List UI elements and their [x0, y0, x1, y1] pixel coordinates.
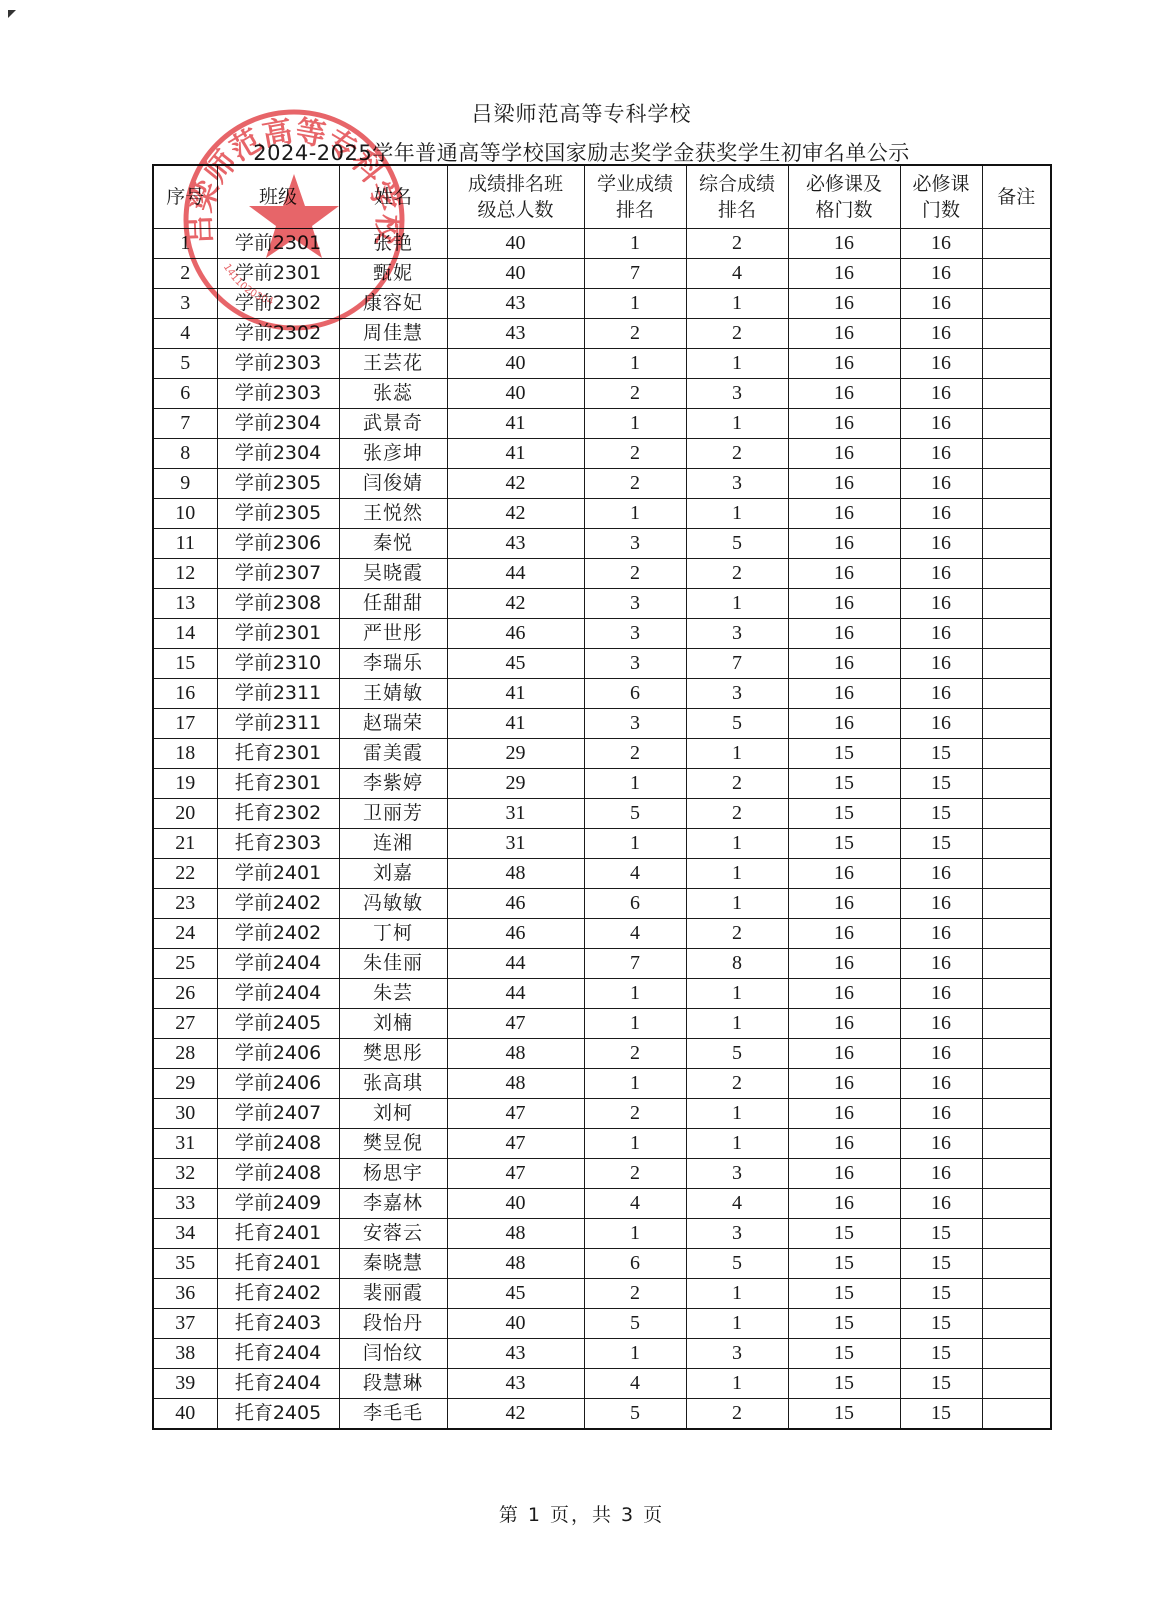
cell-col-class: 学前2303 [217, 349, 339, 379]
cell-col-class: 学前2302 [217, 319, 339, 349]
cell-col-class: 学前2308 [217, 589, 339, 619]
table-body: 1学前2301张艳401216162学前2301甄妮407416163学前230… [153, 229, 1051, 1430]
cell-col-required-courses: 15 [900, 829, 982, 859]
cell-col-required-courses: 16 [900, 589, 982, 619]
cell-col-class: 托育2302 [217, 799, 339, 829]
cell-col-name: 段怡丹 [339, 1309, 447, 1339]
cell-col-overall-rank: 1 [686, 739, 788, 769]
cell-col-index: 9 [153, 469, 217, 499]
cell-col-class-size: 29 [447, 769, 584, 799]
cell-col-class-size: 40 [447, 379, 584, 409]
cell-col-required-courses: 16 [900, 469, 982, 499]
cell-col-name: 冯敏敏 [339, 889, 447, 919]
cell-col-class-size: 47 [447, 1129, 584, 1159]
cell-col-academic-rank: 2 [584, 559, 686, 589]
cell-col-overall-rank: 2 [686, 769, 788, 799]
header-label: 必修课 [912, 173, 969, 195]
cell-col-class: 学前2305 [217, 499, 339, 529]
cell-col-overall-rank: 1 [686, 979, 788, 1009]
cell-col-required-courses: 16 [900, 979, 982, 1009]
cell-col-class-size: 42 [447, 469, 584, 499]
cell-col-index: 33 [153, 1189, 217, 1219]
cell-col-remarks [982, 1009, 1051, 1039]
cell-col-class: 学前2408 [217, 1129, 339, 1159]
cell-col-remarks [982, 589, 1051, 619]
cell-col-remarks [982, 799, 1051, 829]
cell-col-remarks [982, 619, 1051, 649]
cell-col-name: 李瑞乐 [339, 649, 447, 679]
cell-col-class-size: 43 [447, 319, 584, 349]
cell-col-class-size: 31 [447, 799, 584, 829]
cell-col-remarks [982, 1069, 1051, 1099]
header-col-class-size: 成绩排名班级总人数 [447, 165, 584, 229]
cell-col-index: 4 [153, 319, 217, 349]
cell-col-class: 托育2404 [217, 1339, 339, 1369]
cell-col-name: 张艳 [339, 229, 447, 259]
cell-col-index: 31 [153, 1129, 217, 1159]
table-row: 4学前2302周佳慧43221616 [153, 319, 1051, 349]
cell-col-class-size: 45 [447, 649, 584, 679]
header-label: 必修课及 [806, 173, 882, 195]
cell-col-overall-rank: 1 [686, 589, 788, 619]
cell-col-required-courses: 16 [900, 709, 982, 739]
cell-col-required-courses: 16 [900, 649, 982, 679]
cell-col-passed-courses: 16 [788, 979, 900, 1009]
cell-col-overall-rank: 3 [686, 379, 788, 409]
cell-col-passed-courses: 16 [788, 529, 900, 559]
table-row: 25学前2404朱佳丽44781616 [153, 949, 1051, 979]
cell-col-academic-rank: 4 [584, 859, 686, 889]
header-label: 门数 [922, 199, 960, 221]
cell-col-overall-rank: 3 [686, 619, 788, 649]
cell-col-index: 23 [153, 889, 217, 919]
table-row: 24学前2402丁柯46421616 [153, 919, 1051, 949]
cell-col-name: 连湘 [339, 829, 447, 859]
cell-col-required-courses: 16 [900, 619, 982, 649]
cell-col-index: 32 [153, 1159, 217, 1189]
cell-col-remarks [982, 529, 1051, 559]
cell-col-class-size: 48 [447, 1249, 584, 1279]
cell-col-index: 11 [153, 529, 217, 559]
cell-col-index: 6 [153, 379, 217, 409]
cell-col-class-size: 29 [447, 739, 584, 769]
cell-col-class-size: 40 [447, 1189, 584, 1219]
cell-col-passed-courses: 16 [788, 319, 900, 349]
cell-col-class: 学前2305 [217, 469, 339, 499]
cell-col-academic-rank: 1 [584, 979, 686, 1009]
cell-col-academic-rank: 2 [584, 319, 686, 349]
cell-col-class: 学前2407 [217, 1099, 339, 1129]
cell-col-academic-rank: 1 [584, 1069, 686, 1099]
header-label: 成绩排名班 [468, 173, 563, 195]
cell-col-required-courses: 15 [900, 1369, 982, 1399]
cell-col-academic-rank: 2 [584, 379, 686, 409]
cell-col-index: 34 [153, 1219, 217, 1249]
cell-col-overall-rank: 1 [686, 409, 788, 439]
cell-col-class: 学前2304 [217, 409, 339, 439]
cell-col-passed-courses: 15 [788, 1279, 900, 1309]
cell-col-index: 22 [153, 859, 217, 889]
cell-col-passed-courses: 16 [788, 1099, 900, 1129]
cell-col-passed-courses: 16 [788, 469, 900, 499]
cell-col-passed-courses: 16 [788, 499, 900, 529]
header-col-index: 序号 [153, 165, 217, 229]
cell-col-required-courses: 15 [900, 1219, 982, 1249]
cell-col-name: 张蕊 [339, 379, 447, 409]
cell-col-required-courses: 16 [900, 259, 982, 289]
cell-col-class-size: 48 [447, 1039, 584, 1069]
cell-col-passed-courses: 16 [788, 649, 900, 679]
cell-col-remarks [982, 1339, 1051, 1369]
cell-col-overall-rank: 2 [686, 559, 788, 589]
cell-col-academic-rank: 1 [584, 1129, 686, 1159]
cell-col-required-courses: 16 [900, 1189, 982, 1219]
cell-col-overall-rank: 3 [686, 1219, 788, 1249]
header-label: 姓名 [374, 186, 412, 208]
cell-col-name: 周佳慧 [339, 319, 447, 349]
cell-col-passed-courses: 16 [788, 349, 900, 379]
table-row: 9学前2305闫俊婧42231616 [153, 469, 1051, 499]
cell-col-name: 张彦坤 [339, 439, 447, 469]
cell-col-index: 14 [153, 619, 217, 649]
cell-col-academic-rank: 3 [584, 529, 686, 559]
cell-col-index: 17 [153, 709, 217, 739]
cell-col-remarks [982, 289, 1051, 319]
cell-col-class-size: 42 [447, 499, 584, 529]
cell-col-class: 学前2401 [217, 859, 339, 889]
cell-col-passed-courses: 16 [788, 1069, 900, 1099]
cell-col-passed-courses: 15 [788, 739, 900, 769]
cell-col-passed-courses: 15 [788, 1249, 900, 1279]
cell-col-passed-courses: 16 [788, 889, 900, 919]
table-row: 2学前2301甄妮40741616 [153, 259, 1051, 289]
cell-col-passed-courses: 16 [788, 229, 900, 259]
cell-col-overall-rank: 1 [686, 349, 788, 379]
cell-col-name: 丁柯 [339, 919, 447, 949]
cell-col-required-courses: 15 [900, 1339, 982, 1369]
table-row: 10学前2305王悦然42111616 [153, 499, 1051, 529]
cell-col-passed-courses: 16 [788, 1129, 900, 1159]
cell-col-academic-rank: 1 [584, 769, 686, 799]
cell-col-index: 26 [153, 979, 217, 1009]
cell-col-remarks [982, 229, 1051, 259]
cell-col-overall-rank: 2 [686, 919, 788, 949]
table-row: 21托育2303连湘31111515 [153, 829, 1051, 859]
cell-col-passed-courses: 16 [788, 1039, 900, 1069]
document-title: 2024-2025学年普通高等学校国家励志奖学金获奖学生初审名单公示 [0, 137, 1163, 167]
cell-col-index: 29 [153, 1069, 217, 1099]
cell-col-overall-rank: 5 [686, 1039, 788, 1069]
cell-col-academic-rank: 5 [584, 1399, 686, 1430]
cell-col-overall-rank: 1 [686, 859, 788, 889]
table-row: 5学前2303王芸花40111616 [153, 349, 1051, 379]
table-row: 36托育2402裴丽霞45211515 [153, 1279, 1051, 1309]
cell-col-overall-rank: 7 [686, 649, 788, 679]
cell-col-passed-courses: 16 [788, 1159, 900, 1189]
cell-col-passed-courses: 16 [788, 949, 900, 979]
cell-col-index: 37 [153, 1309, 217, 1339]
cell-col-required-courses: 16 [900, 559, 982, 589]
cell-col-required-courses: 16 [900, 319, 982, 349]
cell-col-passed-courses: 15 [788, 1399, 900, 1430]
cell-col-name: 杨思宇 [339, 1159, 447, 1189]
cell-col-overall-rank: 2 [686, 1069, 788, 1099]
cell-col-class: 学前2404 [217, 949, 339, 979]
cell-col-name: 甄妮 [339, 259, 447, 289]
cell-col-academic-rank: 1 [584, 829, 686, 859]
table-row: 8学前2304张彦坤41221616 [153, 439, 1051, 469]
cell-col-name: 樊思彤 [339, 1039, 447, 1069]
cell-col-academic-rank: 4 [584, 1189, 686, 1219]
header-label: 排名 [718, 199, 756, 221]
cell-col-overall-rank: 1 [686, 1309, 788, 1339]
cell-col-passed-courses: 15 [788, 1219, 900, 1249]
cell-col-class-size: 44 [447, 979, 584, 1009]
cell-col-name: 李毛毛 [339, 1399, 447, 1430]
cell-col-class: 托育2401 [217, 1249, 339, 1279]
cell-col-class: 学前2306 [217, 529, 339, 559]
cell-col-overall-rank: 3 [686, 1159, 788, 1189]
cell-col-class-size: 46 [447, 889, 584, 919]
cell-col-required-courses: 15 [900, 1249, 982, 1279]
cell-col-remarks [982, 409, 1051, 439]
cell-col-remarks [982, 709, 1051, 739]
table-row: 11学前2306秦悦43351616 [153, 529, 1051, 559]
table-row: 32学前2408杨思宇47231616 [153, 1159, 1051, 1189]
cell-col-class: 学前2404 [217, 979, 339, 1009]
cell-col-remarks [982, 919, 1051, 949]
header-col-required-courses: 必修课门数 [900, 165, 982, 229]
cell-col-class-size: 43 [447, 1339, 584, 1369]
cell-col-name: 刘楠 [339, 1009, 447, 1039]
cell-col-remarks [982, 1399, 1051, 1430]
table-row: 31学前2408樊昱倪47111616 [153, 1129, 1051, 1159]
cell-col-remarks [982, 979, 1051, 1009]
cell-col-required-courses: 16 [900, 1159, 982, 1189]
cell-col-class: 学前2310 [217, 649, 339, 679]
cell-col-index: 35 [153, 1249, 217, 1279]
page-footer: 第 1 页，共 3 页 [0, 1500, 1163, 1527]
cell-col-overall-rank: 2 [686, 229, 788, 259]
cell-col-passed-courses: 16 [788, 589, 900, 619]
cell-col-index: 13 [153, 589, 217, 619]
cell-col-class: 学前2301 [217, 619, 339, 649]
cell-col-overall-rank: 5 [686, 1249, 788, 1279]
cell-col-required-courses: 16 [900, 289, 982, 319]
cell-col-remarks [982, 319, 1051, 349]
cell-col-class-size: 41 [447, 709, 584, 739]
cell-col-index: 12 [153, 559, 217, 589]
cell-col-overall-rank: 4 [686, 259, 788, 289]
cell-col-academic-rank: 1 [584, 289, 686, 319]
cell-col-remarks [982, 499, 1051, 529]
cell-col-index: 2 [153, 259, 217, 289]
cell-col-academic-rank: 4 [584, 1369, 686, 1399]
cell-col-overall-rank: 2 [686, 799, 788, 829]
cell-col-required-courses: 16 [900, 1129, 982, 1159]
cell-col-overall-rank: 4 [686, 1189, 788, 1219]
cell-col-index: 18 [153, 739, 217, 769]
cell-col-remarks [982, 559, 1051, 589]
cell-col-academic-rank: 3 [584, 649, 686, 679]
cell-col-academic-rank: 6 [584, 1249, 686, 1279]
cell-col-remarks [982, 1249, 1051, 1279]
cell-col-index: 25 [153, 949, 217, 979]
table-row: 19托育2301李紫婷29121515 [153, 769, 1051, 799]
cell-col-class: 托育2303 [217, 829, 339, 859]
cell-col-required-courses: 16 [900, 679, 982, 709]
header-col-passed-courses: 必修课及格门数 [788, 165, 900, 229]
cell-col-academic-rank: 3 [584, 589, 686, 619]
cell-col-remarks [982, 1189, 1051, 1219]
cell-col-name: 任甜甜 [339, 589, 447, 619]
scholarship-roster-table: 序号班级姓名成绩排名班级总人数学业成绩排名综合成绩排名必修课及格门数必修课门数备… [152, 164, 1052, 1430]
cell-col-name: 樊昱倪 [339, 1129, 447, 1159]
cell-col-name: 雷美霞 [339, 739, 447, 769]
cell-col-name: 秦悦 [339, 529, 447, 559]
table-row: 14学前2301严世彤46331616 [153, 619, 1051, 649]
cell-col-index: 39 [153, 1369, 217, 1399]
cell-col-index: 3 [153, 289, 217, 319]
cell-col-name: 卫丽芳 [339, 799, 447, 829]
cell-col-academic-rank: 2 [584, 1279, 686, 1309]
cell-col-academic-rank: 2 [584, 1099, 686, 1129]
cell-col-remarks [982, 889, 1051, 919]
cell-col-class: 学前2406 [217, 1039, 339, 1069]
cell-col-overall-rank: 2 [686, 1399, 788, 1430]
cell-col-passed-courses: 16 [788, 289, 900, 319]
cell-col-class-size: 42 [447, 589, 584, 619]
cell-col-academic-rank: 5 [584, 1309, 686, 1339]
cell-col-passed-courses: 16 [788, 1189, 900, 1219]
header-label: 级总人数 [477, 199, 553, 221]
cell-col-required-courses: 15 [900, 799, 982, 829]
cell-col-passed-courses: 16 [788, 439, 900, 469]
cell-col-class: 托育2405 [217, 1399, 339, 1430]
cell-col-academic-rank: 6 [584, 679, 686, 709]
cell-col-index: 38 [153, 1339, 217, 1369]
cell-col-name: 赵瑞荣 [339, 709, 447, 739]
cell-col-remarks [982, 1279, 1051, 1309]
cell-col-overall-rank: 1 [686, 1129, 788, 1159]
cell-col-academic-rank: 6 [584, 889, 686, 919]
table-row: 13学前2308任甜甜42311616 [153, 589, 1051, 619]
table-row: 7学前2304武景奇41111616 [153, 409, 1051, 439]
table-row: 38托育2404闫怡纹43131515 [153, 1339, 1051, 1369]
cell-col-class-size: 44 [447, 949, 584, 979]
cell-col-index: 20 [153, 799, 217, 829]
cell-col-academic-rank: 2 [584, 439, 686, 469]
cell-col-index: 36 [153, 1279, 217, 1309]
cell-col-academic-rank: 5 [584, 799, 686, 829]
cell-col-remarks [982, 739, 1051, 769]
cell-col-remarks [982, 1129, 1051, 1159]
cell-col-class: 学前2406 [217, 1069, 339, 1099]
cell-col-required-courses: 16 [900, 889, 982, 919]
cell-col-required-courses: 16 [900, 409, 982, 439]
table-row: 20托育2302卫丽芳31521515 [153, 799, 1051, 829]
cell-col-class: 学前2303 [217, 379, 339, 409]
cell-col-overall-rank: 3 [686, 1339, 788, 1369]
table-row: 12学前2307吴晓霞44221616 [153, 559, 1051, 589]
table-row: 33学前2409李嘉林40441616 [153, 1189, 1051, 1219]
cell-col-class-size: 47 [447, 1009, 584, 1039]
table-row: 16学前2311王婧敏41631616 [153, 679, 1051, 709]
cell-col-academic-rank: 3 [584, 709, 686, 739]
cell-col-name: 朱芸 [339, 979, 447, 1009]
cell-col-overall-rank: 5 [686, 529, 788, 559]
cell-col-class-size: 46 [447, 919, 584, 949]
cell-col-name: 严世彤 [339, 619, 447, 649]
cell-col-passed-courses: 16 [788, 379, 900, 409]
cell-col-required-courses: 16 [900, 1039, 982, 1069]
cell-col-name: 吴晓霞 [339, 559, 447, 589]
cell-col-academic-rank: 1 [584, 409, 686, 439]
cell-col-passed-courses: 16 [788, 1009, 900, 1039]
cell-col-index: 30 [153, 1099, 217, 1129]
cell-col-passed-courses: 16 [788, 919, 900, 949]
cell-col-class: 托育2301 [217, 739, 339, 769]
cell-col-name: 康容妃 [339, 289, 447, 319]
cell-col-index: 1 [153, 229, 217, 259]
cell-col-passed-courses: 15 [788, 1339, 900, 1369]
cell-col-class-size: 48 [447, 1069, 584, 1099]
cell-col-name: 秦晓慧 [339, 1249, 447, 1279]
cell-col-class: 托育2403 [217, 1309, 339, 1339]
cell-col-passed-courses: 16 [788, 259, 900, 289]
cell-col-passed-courses: 16 [788, 559, 900, 589]
cell-col-index: 10 [153, 499, 217, 529]
cell-col-overall-rank: 1 [686, 1009, 788, 1039]
cell-col-class-size: 42 [447, 1399, 584, 1430]
cell-col-remarks [982, 1099, 1051, 1129]
cell-col-remarks [982, 679, 1051, 709]
table-row: 1学前2301张艳40121616 [153, 229, 1051, 259]
cell-col-remarks [982, 649, 1051, 679]
header-label: 备注 [997, 186, 1035, 208]
cell-col-required-courses: 16 [900, 919, 982, 949]
cell-col-name: 张高琪 [339, 1069, 447, 1099]
cell-col-required-courses: 16 [900, 859, 982, 889]
cell-col-required-courses: 15 [900, 1279, 982, 1309]
cell-col-required-courses: 16 [900, 529, 982, 559]
cell-col-class-size: 48 [447, 859, 584, 889]
school-name: 吕梁师范高等专科学校 [0, 98, 1163, 128]
cell-col-index: 7 [153, 409, 217, 439]
cell-col-academic-rank: 7 [584, 949, 686, 979]
cell-col-class: 学前2302 [217, 289, 339, 319]
cell-col-name: 闫俊婧 [339, 469, 447, 499]
cell-col-required-courses: 16 [900, 1009, 982, 1039]
cell-col-class-size: 41 [447, 409, 584, 439]
cell-col-class-size: 40 [447, 259, 584, 289]
cell-col-name: 王悦然 [339, 499, 447, 529]
cell-col-class-size: 40 [447, 1309, 584, 1339]
cell-col-required-courses: 16 [900, 379, 982, 409]
header-col-name: 姓名 [339, 165, 447, 229]
cell-col-remarks [982, 259, 1051, 289]
cell-col-name: 朱佳丽 [339, 949, 447, 979]
cell-col-remarks [982, 379, 1051, 409]
cell-col-academic-rank: 1 [584, 1009, 686, 1039]
cell-col-academic-rank: 2 [584, 739, 686, 769]
cell-col-remarks [982, 349, 1051, 379]
header-label: 班级 [259, 186, 297, 208]
cell-col-academic-rank: 2 [584, 1039, 686, 1069]
cell-col-required-courses: 15 [900, 739, 982, 769]
cell-col-class: 学前2408 [217, 1159, 339, 1189]
cell-col-overall-rank: 1 [686, 1099, 788, 1129]
